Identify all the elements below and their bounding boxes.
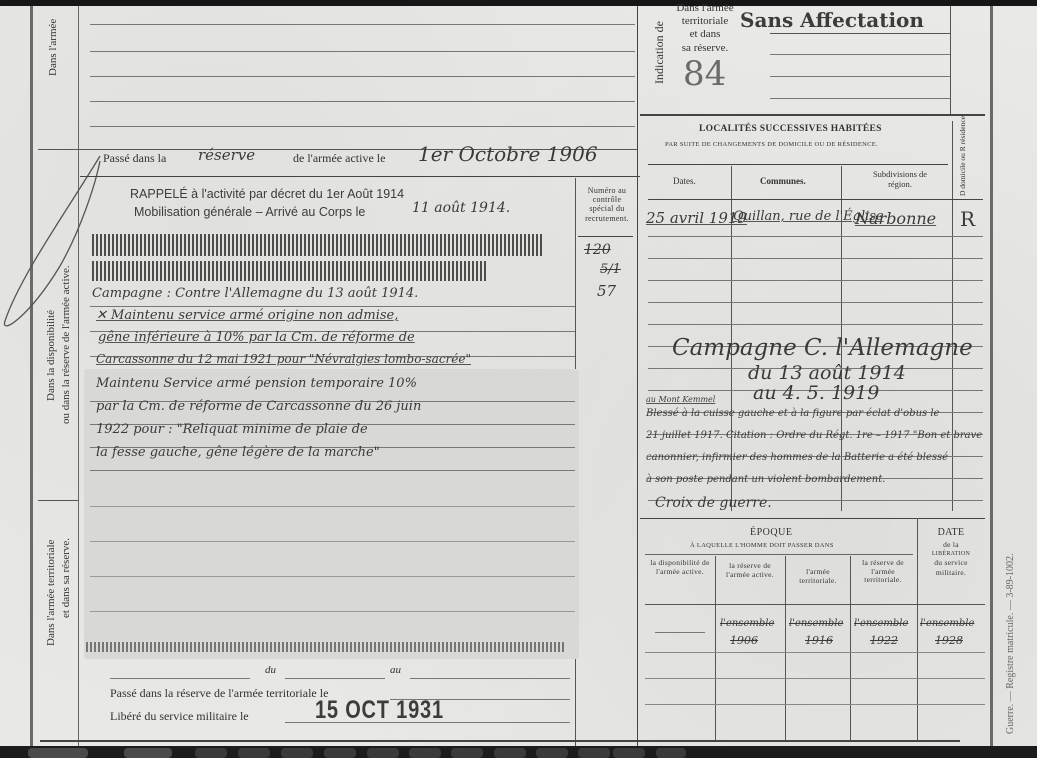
epoque-value-reserve-territoriale: l'ensemble (854, 618, 908, 629)
numero-value-2: 5/1 (600, 262, 621, 277)
col-subdivisions: Subdivisions de région. (865, 170, 935, 190)
ruled-line (90, 506, 575, 507)
affectation-number: 84 (683, 54, 726, 94)
epoque-year-reserve-territoriale: 1922 (870, 634, 898, 647)
thumbnail-page[interactable] (28, 748, 88, 758)
campagne-right-line2: du 13 août 1914 (748, 362, 906, 384)
column-divider (785, 556, 786, 740)
header-line: militaire. (920, 568, 982, 578)
thumbnail-page[interactable] (613, 748, 645, 758)
ruled-line (90, 76, 635, 77)
header-line: DATE (920, 526, 982, 540)
column-divider (637, 6, 638, 746)
margin-divider (78, 6, 79, 746)
campaign-note-4: Carcassonne du 12 mai 1921 pour "Névralg… (96, 352, 471, 366)
reserve-territoriale-label: Passé dans la réserve de l'armée territo… (110, 686, 328, 701)
reserve-handwritten: réserve (198, 146, 255, 164)
col-dates: Dates. (673, 176, 696, 186)
affectation-line: sa réserve. (670, 42, 740, 55)
rappel-stamp-line2: Mobilisation générale – Arrivé au Corps … (134, 205, 365, 219)
campagne-right-line7: à son poste pendant un violent bombardem… (646, 474, 885, 485)
campagne-margin-note: au Mont Kemmel (646, 395, 715, 404)
campagne-right-line3: au 4. 5. 1919 (753, 382, 879, 404)
empty-cell-line (655, 632, 705, 633)
header-rule (645, 604, 985, 605)
column-divider (917, 518, 918, 740)
localite-subdivision: Narbonne (855, 209, 936, 228)
ruled-line (90, 24, 635, 25)
ruled-line (770, 98, 950, 99)
thumbnail-page[interactable] (324, 748, 356, 758)
libere-date-stamp: 15 OCT 1931 (315, 696, 444, 725)
date-liberation-value: l'ensemble (920, 618, 974, 629)
epoque-year-territoriale: 1916 (805, 634, 833, 647)
ruled-line (90, 101, 635, 102)
thumbnail-page[interactable] (494, 748, 526, 758)
ruled-line (645, 704, 985, 705)
column-divider (952, 121, 953, 511)
header-line: de la (920, 540, 982, 550)
ruled-line (90, 51, 635, 52)
epoque-col-reserve-active: la réserve de l'armée active. (717, 562, 783, 579)
thumbnail-page[interactable] (578, 748, 610, 758)
au-label: au (390, 664, 401, 676)
ruled-line (90, 611, 575, 612)
campagne-right-line8: Croix de guerre. (655, 495, 772, 511)
col-communes: Communes. (760, 176, 806, 186)
column-divider (715, 556, 716, 740)
epoque-title: ÉPOQUE (750, 527, 792, 538)
numero-value-3: 57 (597, 282, 616, 300)
register-footer-text: Guerre. — Registre matricule. — 3-89-100… (1005, 553, 1016, 734)
ruled-line (770, 33, 950, 34)
margin-border (30, 6, 33, 746)
localites-subtitle: PAR SUITE DE CHANGEMENTS DE DOMICILE OU … (665, 141, 878, 148)
epoque-col-disponibilite: la disponibilité de l'armée active. (646, 559, 714, 576)
ruled-line (90, 306, 575, 307)
thumbnail-page[interactable] (656, 748, 686, 758)
campaign-note-6: par la Cm. de réforme de Carcassonne du … (96, 399, 421, 414)
ruled-line (648, 236, 983, 237)
ruled-line (410, 678, 570, 679)
campaign-note-5: Maintenu Service armé pension temporaire… (96, 376, 417, 391)
header-rule (648, 164, 948, 165)
section-divider (80, 176, 640, 177)
epoque-col-territoriale: l'armée territoriale. (787, 568, 849, 585)
campagne-right-line1: Campagne C. l'Allemagne (672, 335, 973, 361)
margin-label-armee: Dans l'armée (47, 19, 59, 76)
campaign-note-1: Campagne : Contre l'Allemagne du 13 août… (92, 286, 418, 301)
header-rule (645, 554, 913, 555)
ruled-line (770, 54, 950, 55)
ruled-line (648, 258, 983, 259)
affectation-line: et dans (670, 28, 740, 41)
page-bottom-rule (40, 740, 960, 742)
ruled-line (648, 302, 983, 303)
campaign-note-3: gêne inférieure à 10% par la Cm. de réfo… (98, 330, 415, 345)
epoque-subtitle: À LAQUELLE L'HOMME DOIT PASSER DANS (690, 542, 834, 549)
campaign-note-2: ✕ Maintenu service armé origine non admi… (96, 308, 398, 323)
numero-value-1: 120 (584, 242, 611, 258)
right-page-border (990, 6, 993, 746)
section-divider (640, 518, 985, 519)
epoque-value-reserve-active: l'ensemble (720, 618, 774, 629)
thumbnail-page[interactable] (238, 748, 270, 758)
header-line: LIBÉRATION (920, 550, 982, 558)
localites-title: LOCALITÉS SUCCESSIVES HABITÉES (699, 124, 882, 134)
section-divider (640, 114, 985, 116)
campagne-right-line5: 21 juillet 1917. Citation : Ordre du Rég… (646, 430, 982, 441)
date-liberation-header: DATE de la LIBÉRATION du service militai… (920, 526, 982, 578)
thumbnail-page[interactable] (409, 748, 441, 758)
ruled-line (90, 541, 575, 542)
struck-out-text-3 (86, 642, 566, 652)
header-line: du service (920, 558, 982, 568)
localite-dr: R (960, 207, 975, 231)
reserve-label-prefix: Passé dans la (103, 151, 166, 166)
header-rule (648, 199, 983, 200)
campagne-right-line4: Blessé à la cuisse gauche et à la figure… (646, 408, 939, 419)
libere-label: Libéré du service militaire le (110, 709, 249, 724)
rappel-stamp-line1: RAPPELÉ à l'activité par décret du 1er A… (130, 187, 404, 201)
column-divider (850, 556, 851, 740)
ruled-line (110, 678, 250, 679)
campaign-note-8: la fesse gauche, gêne légère de la march… (96, 445, 380, 460)
epoque-col-reserve-territoriale: la réserve de l'armée territoriale. (852, 559, 914, 585)
margin-label-sa-reserve: et dans sa réserve. (60, 538, 72, 618)
ruled-line (285, 678, 385, 679)
localite-date: 25 avril 1919 (646, 209, 747, 227)
section-divider-2 (38, 500, 78, 501)
campagne-right-line6: canonnier, infirmier des hommes de la Ba… (646, 452, 948, 463)
margin-label-territoriale: Dans l'armée territoriale (45, 540, 57, 646)
ruled-line (90, 126, 635, 127)
ruled-line (645, 652, 985, 653)
thumbnail-page[interactable] (124, 748, 172, 758)
thumbnail-page[interactable] (281, 748, 313, 758)
thumbnail-page[interactable] (367, 748, 399, 758)
reserve-label-mid: de l'armée active le (293, 151, 385, 166)
struck-out-text-1 (92, 234, 544, 256)
ruled-line (645, 678, 985, 679)
column-divider (950, 6, 951, 116)
rappel-arrival-date: 11 août 1914. (412, 200, 510, 216)
campaign-note-7: 1922 pour : "Reliquat minime de plaie de (96, 422, 368, 437)
thumbnail-page[interactable] (195, 748, 227, 758)
thumbnail-page[interactable] (536, 748, 568, 758)
sans-affectation-stamp: Sans Affectation (740, 8, 924, 32)
header-rule (578, 236, 633, 237)
ruled-line (648, 324, 983, 325)
register-page: Dans l'armée Dans la disponibilité ou da… (0, 6, 1037, 746)
ruled-line (648, 280, 983, 281)
epoque-year-reserve-active: 1906 (730, 634, 758, 647)
date-liberation-year: 1928 (935, 634, 963, 647)
thumbnail-page[interactable] (451, 748, 483, 758)
du-label: du (265, 664, 276, 676)
numero-controle-header: Numéro au contrôle spécial du recrutemen… (580, 186, 634, 223)
affectation-printed-label: Dans l'armée territoriale et dans sa rés… (670, 2, 740, 55)
ruled-line (90, 470, 575, 471)
affectation-line: Dans l'armée (670, 2, 740, 15)
struck-out-text-2 (92, 261, 488, 281)
ruled-line (90, 576, 575, 577)
ruled-line (770, 76, 950, 77)
affectation-line: territoriale (670, 15, 740, 28)
indication-label: Indication de (652, 21, 667, 84)
epoque-value-territoriale: l'ensemble (789, 618, 843, 629)
reserve-date: 1er Octobre 1906 (418, 142, 598, 166)
col-domicile-residence: D domicile ou R résidence. (958, 126, 967, 196)
